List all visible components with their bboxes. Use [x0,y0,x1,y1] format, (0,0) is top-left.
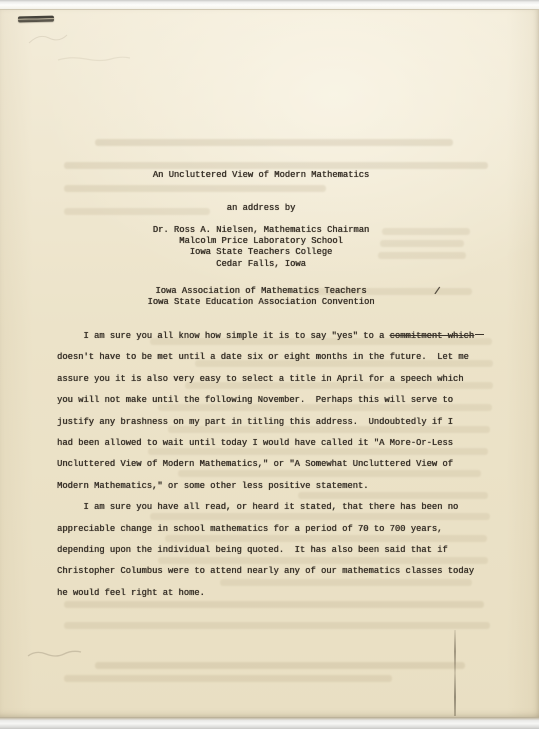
pencil-squiggle-bottom-icon [26,648,84,660]
bleedthrough-line [64,162,488,169]
bleedthrough-line [95,662,465,669]
typed-line: Iowa State Education Association Convent… [0,297,522,308]
staple-mark [18,16,54,23]
typed-line: Malcolm Price Laboratory School [0,236,522,247]
author-block: Dr. Ross A. Nielsen, Mathematics Chairma… [0,225,522,270]
pencil-smudge-top-icon [27,30,69,46]
typed-line: assure you it is also very easy to selec… [57,369,484,390]
pencil-smudge-top2-icon [56,54,132,64]
document-title: An Uncluttered View of Modern Mathematic… [0,170,522,181]
typed-line: depending upon the individual being quot… [57,540,484,561]
body-text: I am sure you all know how simple it is … [57,326,484,604]
venue-block: Iowa Association of Mathematics Teachers… [0,286,522,308]
typed-line: Christopher Columbus were to attend near… [57,561,484,582]
typed-line: Iowa State Teachers College [0,247,522,258]
scanner-background-top [0,0,539,10]
paragraph-2: I am sure you have all read, or heard it… [57,497,484,604]
bleedthrough-line [64,185,326,192]
scanned-page: An Uncluttered View of Modern Mathematic… [0,0,539,729]
typed-line: you will not make until the following No… [57,390,484,411]
typed-line: justify any brashness on my part in titl… [57,412,484,433]
pencil-line-vertical [454,630,456,716]
typed-line: Iowa Association of Mathematics Teachers [0,286,522,297]
paper-sheet: An Uncluttered View of Modern Mathematic… [0,10,539,717]
stray-ink-mark: / [433,287,440,299]
typed-line: I am sure you all know how simple it is … [57,326,484,347]
typed-line: Modern Mathematics," or some other less … [57,476,484,497]
typed-line: Dr. Ross A. Nielsen, Mathematics Chairma… [0,225,522,236]
typed-line: doesn't have to be met until a date six … [57,347,484,368]
typed-line: I am sure you have all read, or heard it… [57,497,484,518]
typed-line: Cedar Falls, Iowa [0,259,522,270]
typed-line: he would feel right at home. [57,583,484,604]
byline: an address by [0,203,522,214]
scanner-background-bottom [0,717,539,729]
bleedthrough-line [64,622,490,629]
typed-line: appreciable change in school mathematics… [57,519,484,540]
typed-line: had been allowed to wait until today I w… [57,433,484,454]
typed-line: Uncluttered View of Modern Mathematics,"… [57,454,484,475]
paragraph-1: I am sure you all know how simple it is … [57,326,484,497]
bleedthrough-line [64,675,392,682]
bleedthrough-line [95,139,453,146]
